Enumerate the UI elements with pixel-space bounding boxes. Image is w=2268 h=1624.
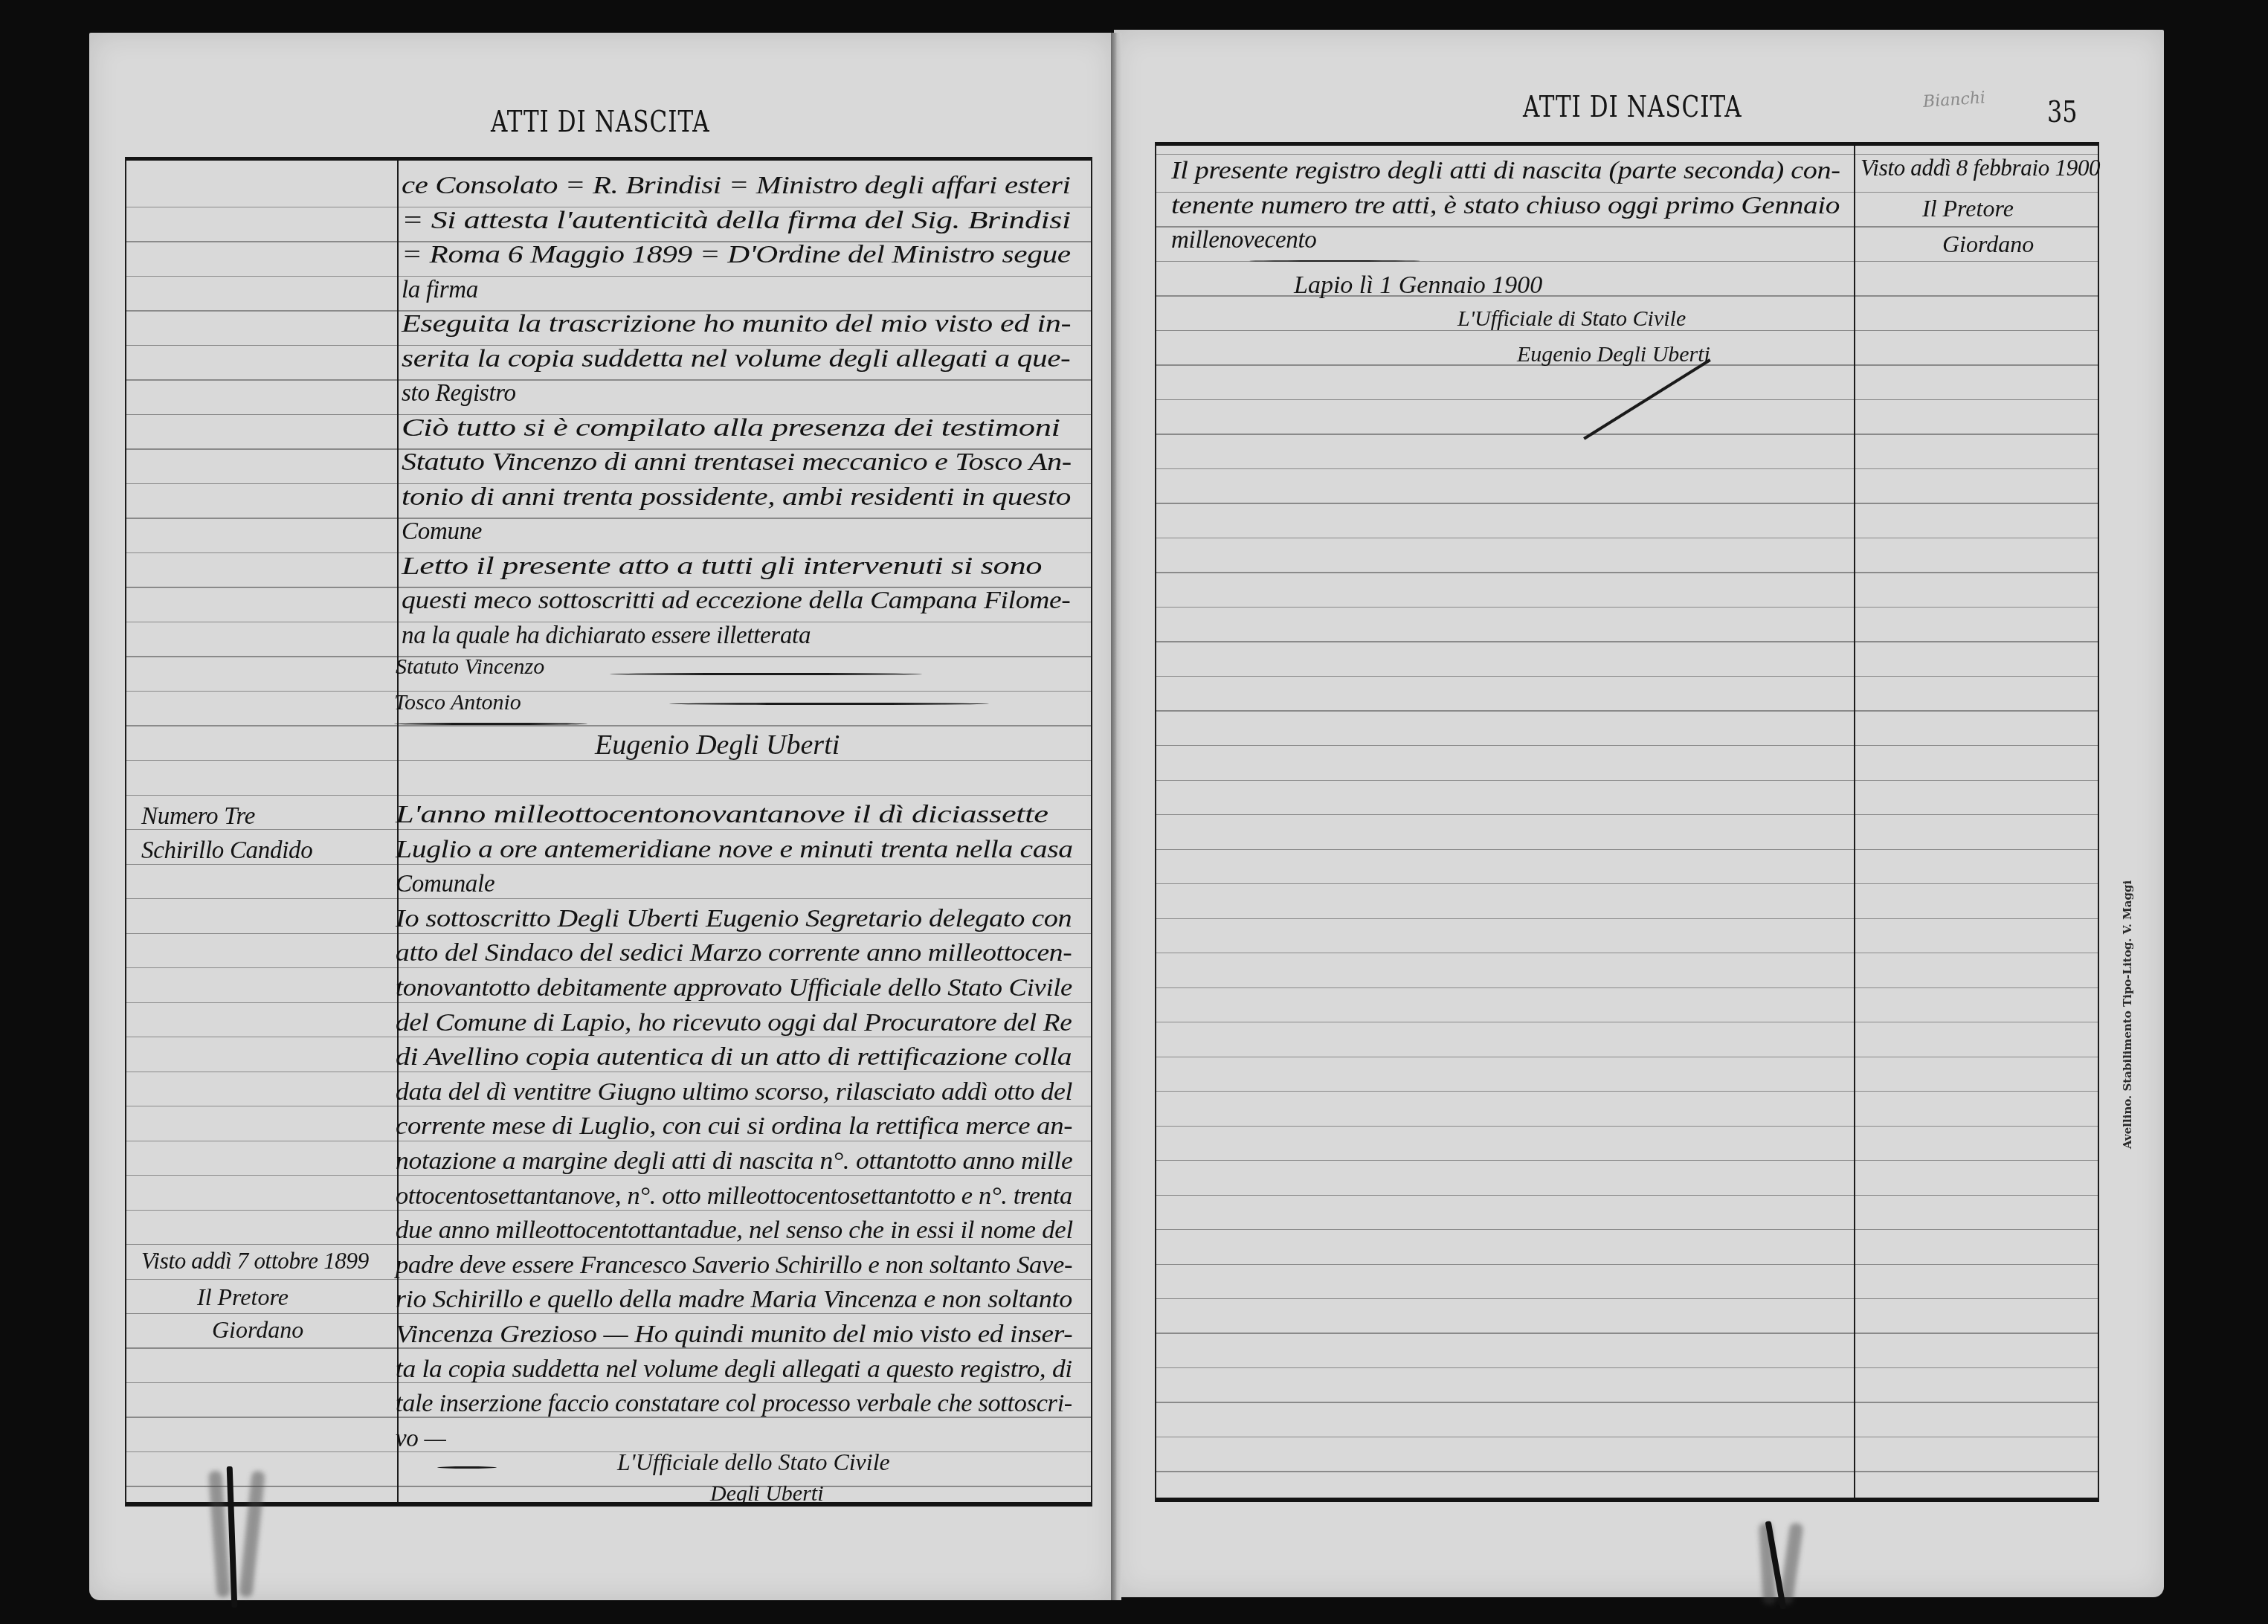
handwritten-line: na la quale ha dichiarato essere illette… bbox=[402, 624, 811, 648]
right-column-divider bbox=[1854, 146, 1855, 1498]
signature-flourish bbox=[610, 673, 922, 675]
handwritten-line: = Si attesta l'autenticità della firma d… bbox=[402, 209, 1071, 233]
signature-flourish bbox=[669, 703, 989, 705]
margin-visa-signature: Giordano bbox=[1942, 231, 2034, 258]
officer-signature: Degli Uberti bbox=[710, 1481, 823, 1507]
entry-number: Numero Tre bbox=[141, 805, 255, 829]
left-page-header: ATTI DI NASCITA bbox=[491, 106, 710, 139]
handwritten-line: tonovantotto debitamente approvato Uffic… bbox=[396, 976, 1072, 1001]
handwritten-line: Io sottoscritto Degli Uberti Eugenio Seg… bbox=[396, 907, 1072, 932]
handwritten-line: corrente mese di Luglio, con cui si ordi… bbox=[396, 1115, 1072, 1139]
witness-signature-2: Tosco Antonio bbox=[394, 690, 521, 715]
handwritten-line: L'anno milleottocentonovantanove il dì d… bbox=[396, 803, 1048, 828]
handwritten-line: del Comune di Lapio, ho ricevuto oggi da… bbox=[396, 1011, 1072, 1036]
officer-signature: Eugenio Degli Uberti bbox=[595, 729, 840, 761]
handwritten-line: Comunale bbox=[396, 872, 494, 897]
handwritten-line: Eseguita la trascrizione ho munito del m… bbox=[402, 312, 1071, 337]
handwritten-line: Ciò tutto si è compilato alla presenza d… bbox=[402, 416, 1060, 441]
handwritten-line: Vincenza Grezioso — Ho quindi munito del… bbox=[396, 1323, 1072, 1347]
margin-visa-date: Visto addì 8 febbraio 1900 bbox=[1861, 156, 2100, 179]
handwritten-line: Il presente registro degli atti di nasci… bbox=[1171, 159, 1840, 184]
page-number: 35 bbox=[2047, 94, 2078, 129]
handwritten-line: tale inserzione faccio constatare col pr… bbox=[396, 1392, 1072, 1417]
handwritten-line: rio Schirillo e quello della madre Maria… bbox=[396, 1288, 1072, 1312]
line-filler bbox=[1249, 260, 1420, 262]
closing-signature: Eugenio Degli Uberti bbox=[1517, 342, 1710, 367]
line-filler bbox=[437, 1466, 497, 1469]
handwritten-line: atto del Sindaco del sedici Marzo corren… bbox=[396, 941, 1072, 966]
margin-visa-signature: Giordano bbox=[212, 1316, 303, 1344]
witness-signature-1: Statuto Vincenzo bbox=[396, 654, 544, 680]
closing-place-date: Lapio lì 1 Gennaio 1900 bbox=[1294, 271, 1542, 300]
handwritten-line: sto Registro bbox=[402, 381, 516, 406]
handwritten-line: la firma bbox=[402, 278, 478, 303]
handwritten-line: ta la copia suddetta nel volume degli al… bbox=[396, 1358, 1072, 1382]
handwritten-line: Statuto Vincenzo di anni trentasei mecca… bbox=[402, 451, 1072, 475]
handwritten-line: due anno milleottocentottantadue, nel se… bbox=[396, 1219, 1073, 1243]
closing-signatory-title: L'Ufficiale di Stato Civile bbox=[1457, 306, 1686, 332]
signature-underline bbox=[394, 723, 587, 725]
right-page-header: ATTI DI NASCITA bbox=[1523, 91, 1742, 124]
printer-credit: Avellino. Stabilimento Tipo-Litog. V. Ma… bbox=[2121, 880, 2134, 1149]
handwritten-line: = Roma 6 Maggio 1899 = D'Ordine del Mini… bbox=[402, 243, 1071, 268]
handwritten-line: millenovecento bbox=[1171, 228, 1317, 253]
officer-title: L'Ufficiale dello Stato Civile bbox=[617, 1449, 890, 1476]
handwritten-line: vo — bbox=[396, 1427, 446, 1451]
handwritten-line: Comune bbox=[402, 520, 482, 544]
margin-visa-title: Il Pretore bbox=[197, 1283, 289, 1311]
handwritten-line: questi meco sottoscritti ad eccezione de… bbox=[402, 589, 1071, 613]
handwritten-line: notazione a margine degli atti di nascit… bbox=[396, 1150, 1072, 1174]
handwritten-line: tenente numero tre atti, è stato chiuso … bbox=[1171, 194, 1840, 219]
margin-visa-title: Il Pretore bbox=[1922, 195, 2014, 222]
entry-name: Schirillo Candido bbox=[141, 839, 313, 863]
handwritten-line: data del dì ventitre Giugno ultimo scors… bbox=[396, 1080, 1072, 1105]
handwritten-line: tonio di anni trenta possidente, ambi re… bbox=[402, 486, 1071, 510]
handwritten-line: ottocentosettantanove, n°. otto milleott… bbox=[396, 1185, 1072, 1209]
handwritten-line: ce Consolato = R. Brindisi = Ministro de… bbox=[402, 174, 1070, 199]
handwritten-line: serita la copia suddetta nel volume degl… bbox=[402, 347, 1070, 372]
margin-visa-date: Visto addì 7 ottobre 1899 bbox=[141, 1249, 369, 1272]
handwritten-line: padre deve essere Francesco Saverio Schi… bbox=[396, 1254, 1072, 1278]
handwritten-line: di Avellino copia autentica di un atto d… bbox=[396, 1045, 1072, 1070]
handwritten-line: Letto il presente atto a tutti gli inter… bbox=[402, 555, 1042, 579]
book-gutter bbox=[1111, 33, 1121, 1600]
handwritten-line: Luglio a ore antemeridiane nove e minuti… bbox=[396, 838, 1073, 863]
